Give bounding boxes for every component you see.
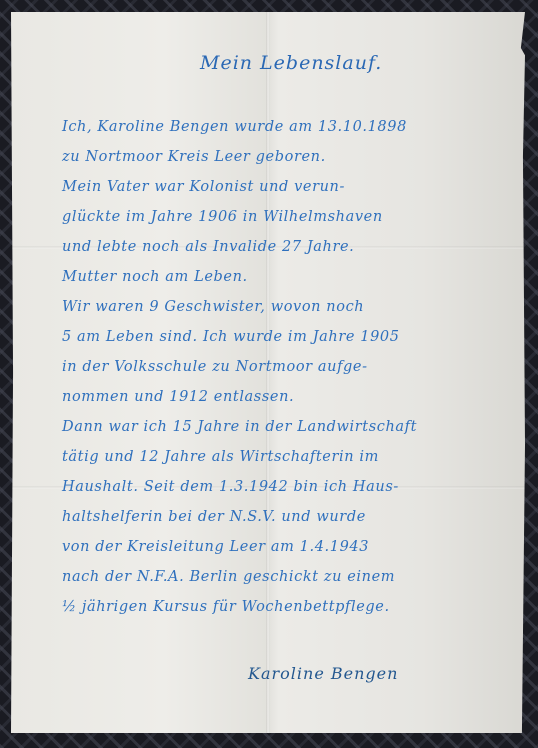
text-line: zu Nortmoor Kreis Leer geboren. <box>62 142 502 172</box>
text-line: Mutter noch am Leben. <box>62 262 502 292</box>
text-line: ½ jährigen Kursus für Wochenbettpflege. <box>62 592 502 622</box>
text-line: glückte im Jahre 1906 in Wilhelmshaven <box>62 202 502 232</box>
text-line: nach der N.F.A. Berlin geschickt zu eine… <box>62 562 502 592</box>
signature: Karoline Bengen <box>248 664 398 683</box>
text-line: Haushalt. Seit dem 1.3.1942 bin ich Haus… <box>62 472 502 502</box>
text-line: in der Volksschule zu Nortmoor aufge- <box>62 352 502 382</box>
text-line: haltshelferin bei der N.S.V. und wurde <box>62 502 502 532</box>
text-line: Ich, Karoline Bengen wurde am 13.10.1898 <box>62 112 502 142</box>
text-line: und lebte noch als Invalide 27 Jahre. <box>62 232 502 262</box>
document-body: Ich, Karoline Bengen wurde am 13.10.1898… <box>62 112 502 622</box>
text-line: tätig und 12 Jahre als Wirtschafterin im <box>62 442 502 472</box>
text-line: 5 am Leben sind. Ich wurde im Jahre 1905 <box>62 322 502 352</box>
text-line: nommen und 1912 entlassen. <box>62 382 502 412</box>
text-line: Mein Vater war Kolonist und verun- <box>62 172 502 202</box>
text-line: von der Kreisleitung Leer am 1.4.1943 <box>62 532 502 562</box>
document-title: Mein Lebenslauf. <box>200 52 382 74</box>
text-line: Wir waren 9 Geschwister, wovon noch <box>62 292 502 322</box>
text-line: Dann war ich 15 Jahre in der Landwirtsch… <box>62 412 502 442</box>
